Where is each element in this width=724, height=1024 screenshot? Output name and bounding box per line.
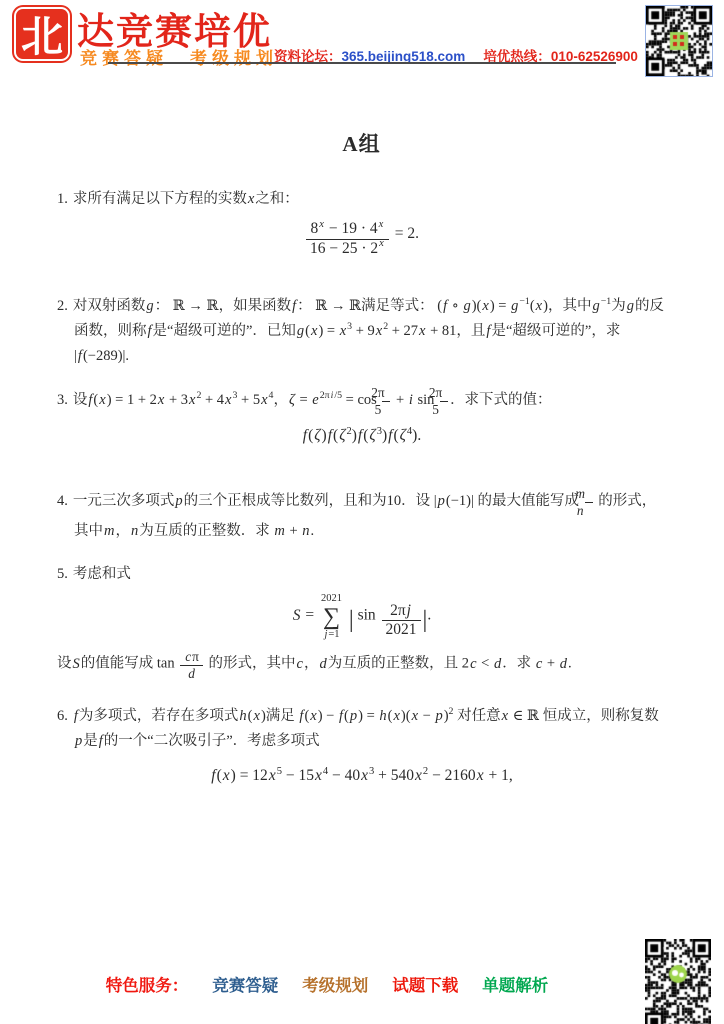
problem-5-number: 5. (57, 566, 68, 582)
problem-5-statement: 考虑和式 (73, 566, 131, 582)
problem-2: 2.对双射函数g： ℝ → ℝ，如果函数f： ℝ → ℝ满足等式： (f ∘ g… (57, 294, 666, 369)
problem-5-continuation: 设S的值能写成 tan cπd 的形式，其中c，d为互质的正整数，且 2c < … (57, 649, 666, 682)
problem-3: 3.设f(x) = 1 + 2x + 3x2 + 4x3 + 5x4，ζ = e… (57, 385, 666, 446)
footer-service-4: 单题解析 (482, 977, 548, 995)
problem-4: 4.一元三次多项式p的三个正根成等比数列，且和为10．设 |p(−1)| 的最大… (57, 486, 666, 544)
section-title: A组 (57, 132, 666, 157)
problem-3-statement: 设f(x) = 1 + 2x + 3x2 + 4x3 + 5x4，ζ = e2π… (73, 392, 552, 408)
problem-1: 1.求所有满足以下方程的实数x之和： 8x − 19 · 4x16 − 25 ·… (57, 187, 666, 258)
header-divider (108, 62, 616, 64)
footer-service-2: 考级规划 (302, 977, 368, 995)
problem-5-text: 5.考虑和式 (57, 562, 666, 587)
problem-4-statement: 一元三次多项式p的三个正根成等比数列，且和为10．设 |p(−1)| 的最大值能… (73, 493, 656, 540)
header: 北 达竞赛培优 竞赛答疑 考级规划 资料论坛：365.beijing518.co… (0, 0, 724, 95)
problem-3-text: 3.设f(x) = 1 + 2x + 3x2 + 4x3 + 5x4，ζ = e… (57, 385, 666, 418)
problem-2-statement: 对双射函数g： ℝ → ℝ，如果函数f： ℝ → ℝ满足等式： (f ∘ g)(… (73, 298, 664, 364)
problem-4-text: 4.一元三次多项式p的三个正根成等比数列，且和为10．设 |p(−1)| 的最大… (57, 486, 666, 544)
qr-code-icon-bottom (645, 939, 711, 1024)
footer-service-1: 竞赛答疑 (212, 977, 278, 995)
problem-1-equation: 8x − 19 · 4x16 − 25 · 2x = 2. (57, 220, 666, 258)
problem-6-number: 6. (57, 708, 68, 724)
problem-2-text: 2.对双射函数g： ℝ → ℝ，如果函数f： ℝ → ℝ满足等式： (f ∘ g… (57, 294, 666, 369)
footer-services-row: 特色服务：竞赛答疑考级规划试题下载单题解析 (0, 972, 654, 996)
footer-service-3: 试题下载 (392, 977, 458, 995)
problem-6: 6.f为多项式，若存在多项式h(x)满足 f(x) − f(p) = h(x)(… (57, 704, 666, 786)
brand-tagline: 竞赛答疑 考级规划 (80, 44, 278, 69)
problem-5: 5.考虑和式 S = 2021∑j=1 | sin 2πj2021|. 设S的值… (57, 562, 666, 682)
problem-1-text: 1.求所有满足以下方程的实数x之和： (57, 187, 666, 212)
problem-2-number: 2. (57, 298, 68, 314)
qr-code-icon-top (645, 5, 713, 77)
footer-services: 竞赛答疑考级规划试题下载单题解析 (188, 977, 548, 995)
problem-1-statement: 求所有满足以下方程的实数x之和： (73, 191, 299, 207)
document-page: 北 达竞赛培优 竞赛答疑 考级规划 资料论坛：365.beijing518.co… (0, 0, 724, 1024)
problem-5-equation: S = 2021∑j=1 | sin 2πj2021|. (57, 593, 666, 641)
problem-6-statement: f为多项式，若存在多项式h(x)满足 f(x) − f(p) = h(x)(x … (73, 708, 659, 749)
logo-seal-icon: 北 (16, 9, 68, 59)
footer: 特色服务：竞赛答疑考级规划试题下载单题解析 (0, 929, 724, 1024)
problem-1-number: 1. (57, 191, 68, 207)
logo-seal-character: 北 (21, 4, 63, 64)
problem-4-number: 4. (57, 493, 68, 509)
problem-3-equation: f(ζ)f(ζ2)f(ζ3)f(ζ4). (57, 426, 666, 446)
problem-3-number: 3. (57, 392, 68, 408)
document-body: A组 1.求所有满足以下方程的实数x之和： 8x − 19 · 4x16 − 2… (57, 132, 666, 787)
footer-services-label: 特色服务： (106, 977, 189, 995)
problem-6-equation: f(x) = 12x5 − 15x4 − 40x3 + 540x2 − 2160… (57, 766, 666, 786)
problem-6-text: 6.f为多项式，若存在多项式h(x)满足 f(x) − f(p) = h(x)(… (57, 704, 666, 754)
